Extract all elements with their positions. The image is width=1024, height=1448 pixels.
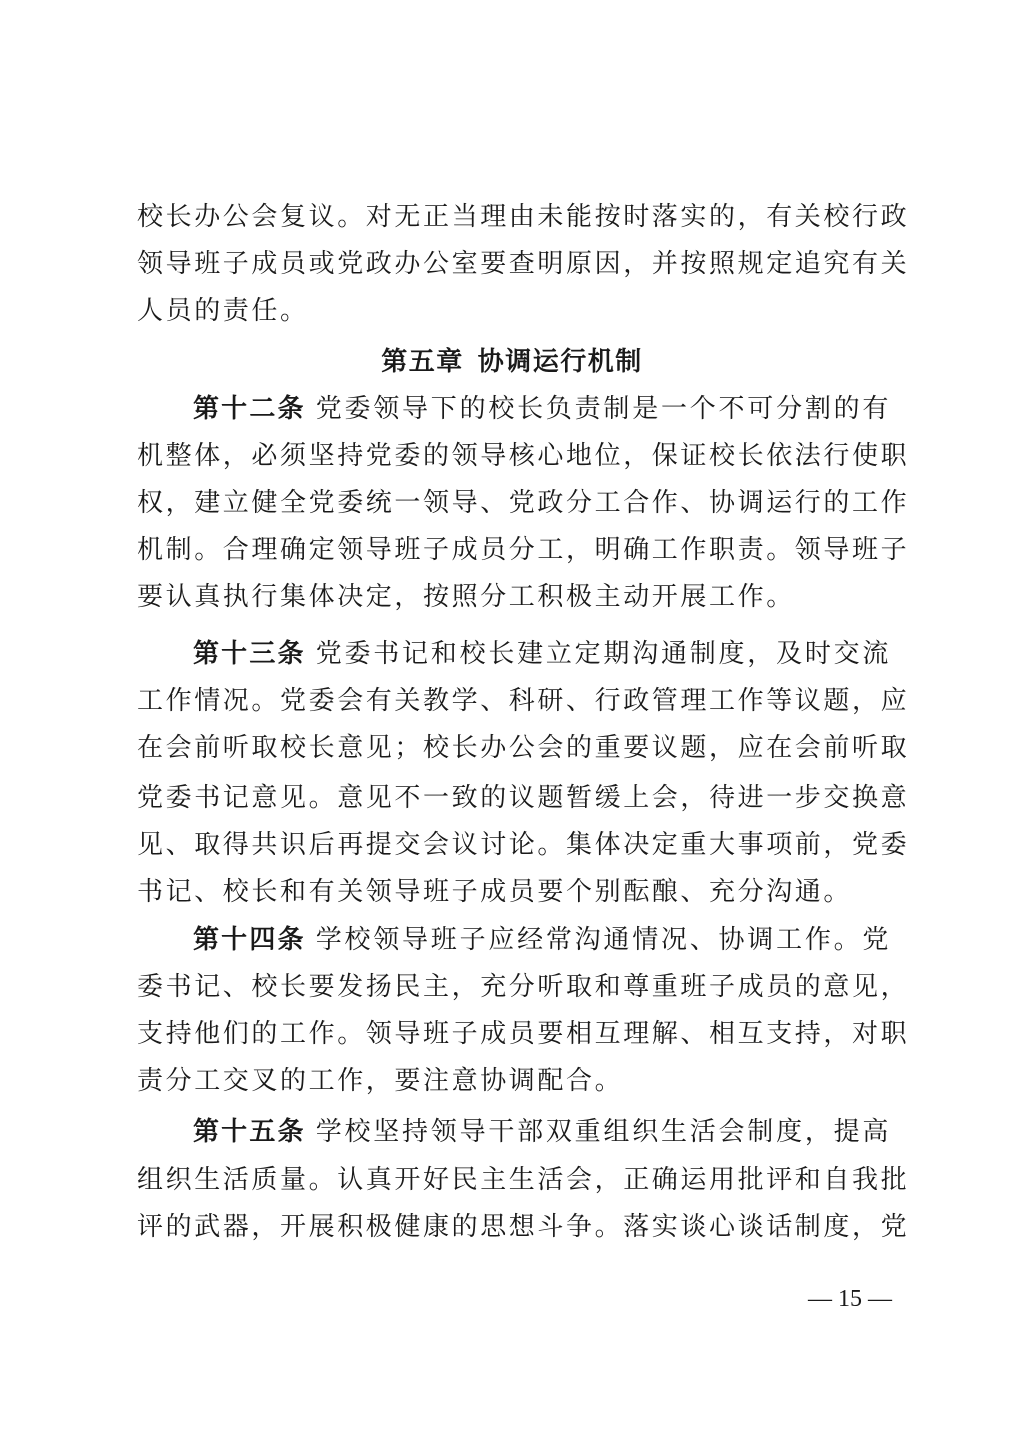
paragraph-line: 党委书记意见。意见不一致的议题暂缓上会，待进一步交换意 [137, 778, 891, 818]
article-12-first-line: 第十二条党委领导下的校长负责制是一个不可分割的有 [193, 389, 891, 429]
paragraph-line: 人员的责任。 [137, 291, 891, 331]
article-13-first-line: 第十三条党委书记和校长建立定期沟通制度，及时交流 [193, 634, 891, 674]
paragraph-line: 机整体，必须坚持党委的领导核心地位，保证校长依法行使职 [137, 436, 891, 476]
chapter-title: 协调运行机制 [478, 347, 643, 377]
paragraph-line: 责分工交叉的工作，要注意协调配合。 [137, 1061, 891, 1101]
article-label: 第十三条 [193, 639, 306, 669]
article-text: 党委书记和校长建立定期沟通制度，及时交流 [316, 639, 891, 669]
paragraph-line: 机制。合理确定领导班子成员分工，明确工作职责。领导班子 [137, 530, 891, 570]
paragraph-line: 在会前听取校长意见；校长办公会的重要议题，应在会前听取 [137, 728, 891, 768]
paragraph-line: 评的武器，开展积极健康的思想斗争。落实谈心谈话制度，党 [137, 1207, 891, 1247]
article-text: 学校坚持领导干部双重组织生活会制度，提高 [316, 1117, 891, 1147]
paragraph-line: 书记、校长和有关领导班子成员要个别酝酿、充分沟通。 [137, 872, 891, 912]
paragraph-line: 要认真执行集体决定，按照分工积极主动开展工作。 [137, 577, 891, 617]
article-label: 第十二条 [193, 394, 306, 424]
chapter-heading: 第五章协调运行机制 [0, 342, 1024, 382]
article-15-first-line: 第十五条学校坚持领导干部双重组织生活会制度，提高 [193, 1112, 891, 1152]
paragraph-line: 领导班子成员或党政办公室要查明原因，并按照规定追究有关 [137, 244, 891, 284]
paragraph-line: 工作情况。党委会有关教学、科研、行政管理工作等议题，应 [137, 681, 891, 721]
article-label: 第十五条 [193, 1117, 306, 1147]
paragraph-line: 委书记、校长要发扬民主，充分听取和尊重班子成员的意见， [137, 967, 891, 1007]
chapter-number: 第五章 [381, 347, 464, 377]
paragraph-line: 见、取得共识后再提交会议讨论。集体决定重大事项前，党委 [137, 825, 891, 865]
article-text: 学校领导班子应经常沟通情况、协调工作。党 [316, 925, 891, 955]
article-14-first-line: 第十四条学校领导班子应经常沟通情况、协调工作。党 [193, 920, 891, 960]
article-text: 党委领导下的校长负责制是一个不可分割的有 [316, 394, 891, 424]
document-page: 校长办公会复议。对无正当理由未能按时落实的，有关校行政 领导班子成员或党政办公室… [0, 0, 1024, 1448]
article-label: 第十四条 [193, 925, 306, 955]
paragraph-line: 校长办公会复议。对无正当理由未能按时落实的，有关校行政 [137, 197, 891, 237]
paragraph-line: 组织生活质量。认真开好民主生活会，正确运用批评和自我批 [137, 1160, 891, 1200]
paragraph-line: 权，建立健全党委统一领导、党政分工合作、协调运行的工作 [137, 483, 891, 523]
paragraph-line: 支持他们的工作。领导班子成员要相互理解、相互支持，对职 [137, 1014, 891, 1054]
page-number: — 15 — [800, 1282, 900, 1316]
